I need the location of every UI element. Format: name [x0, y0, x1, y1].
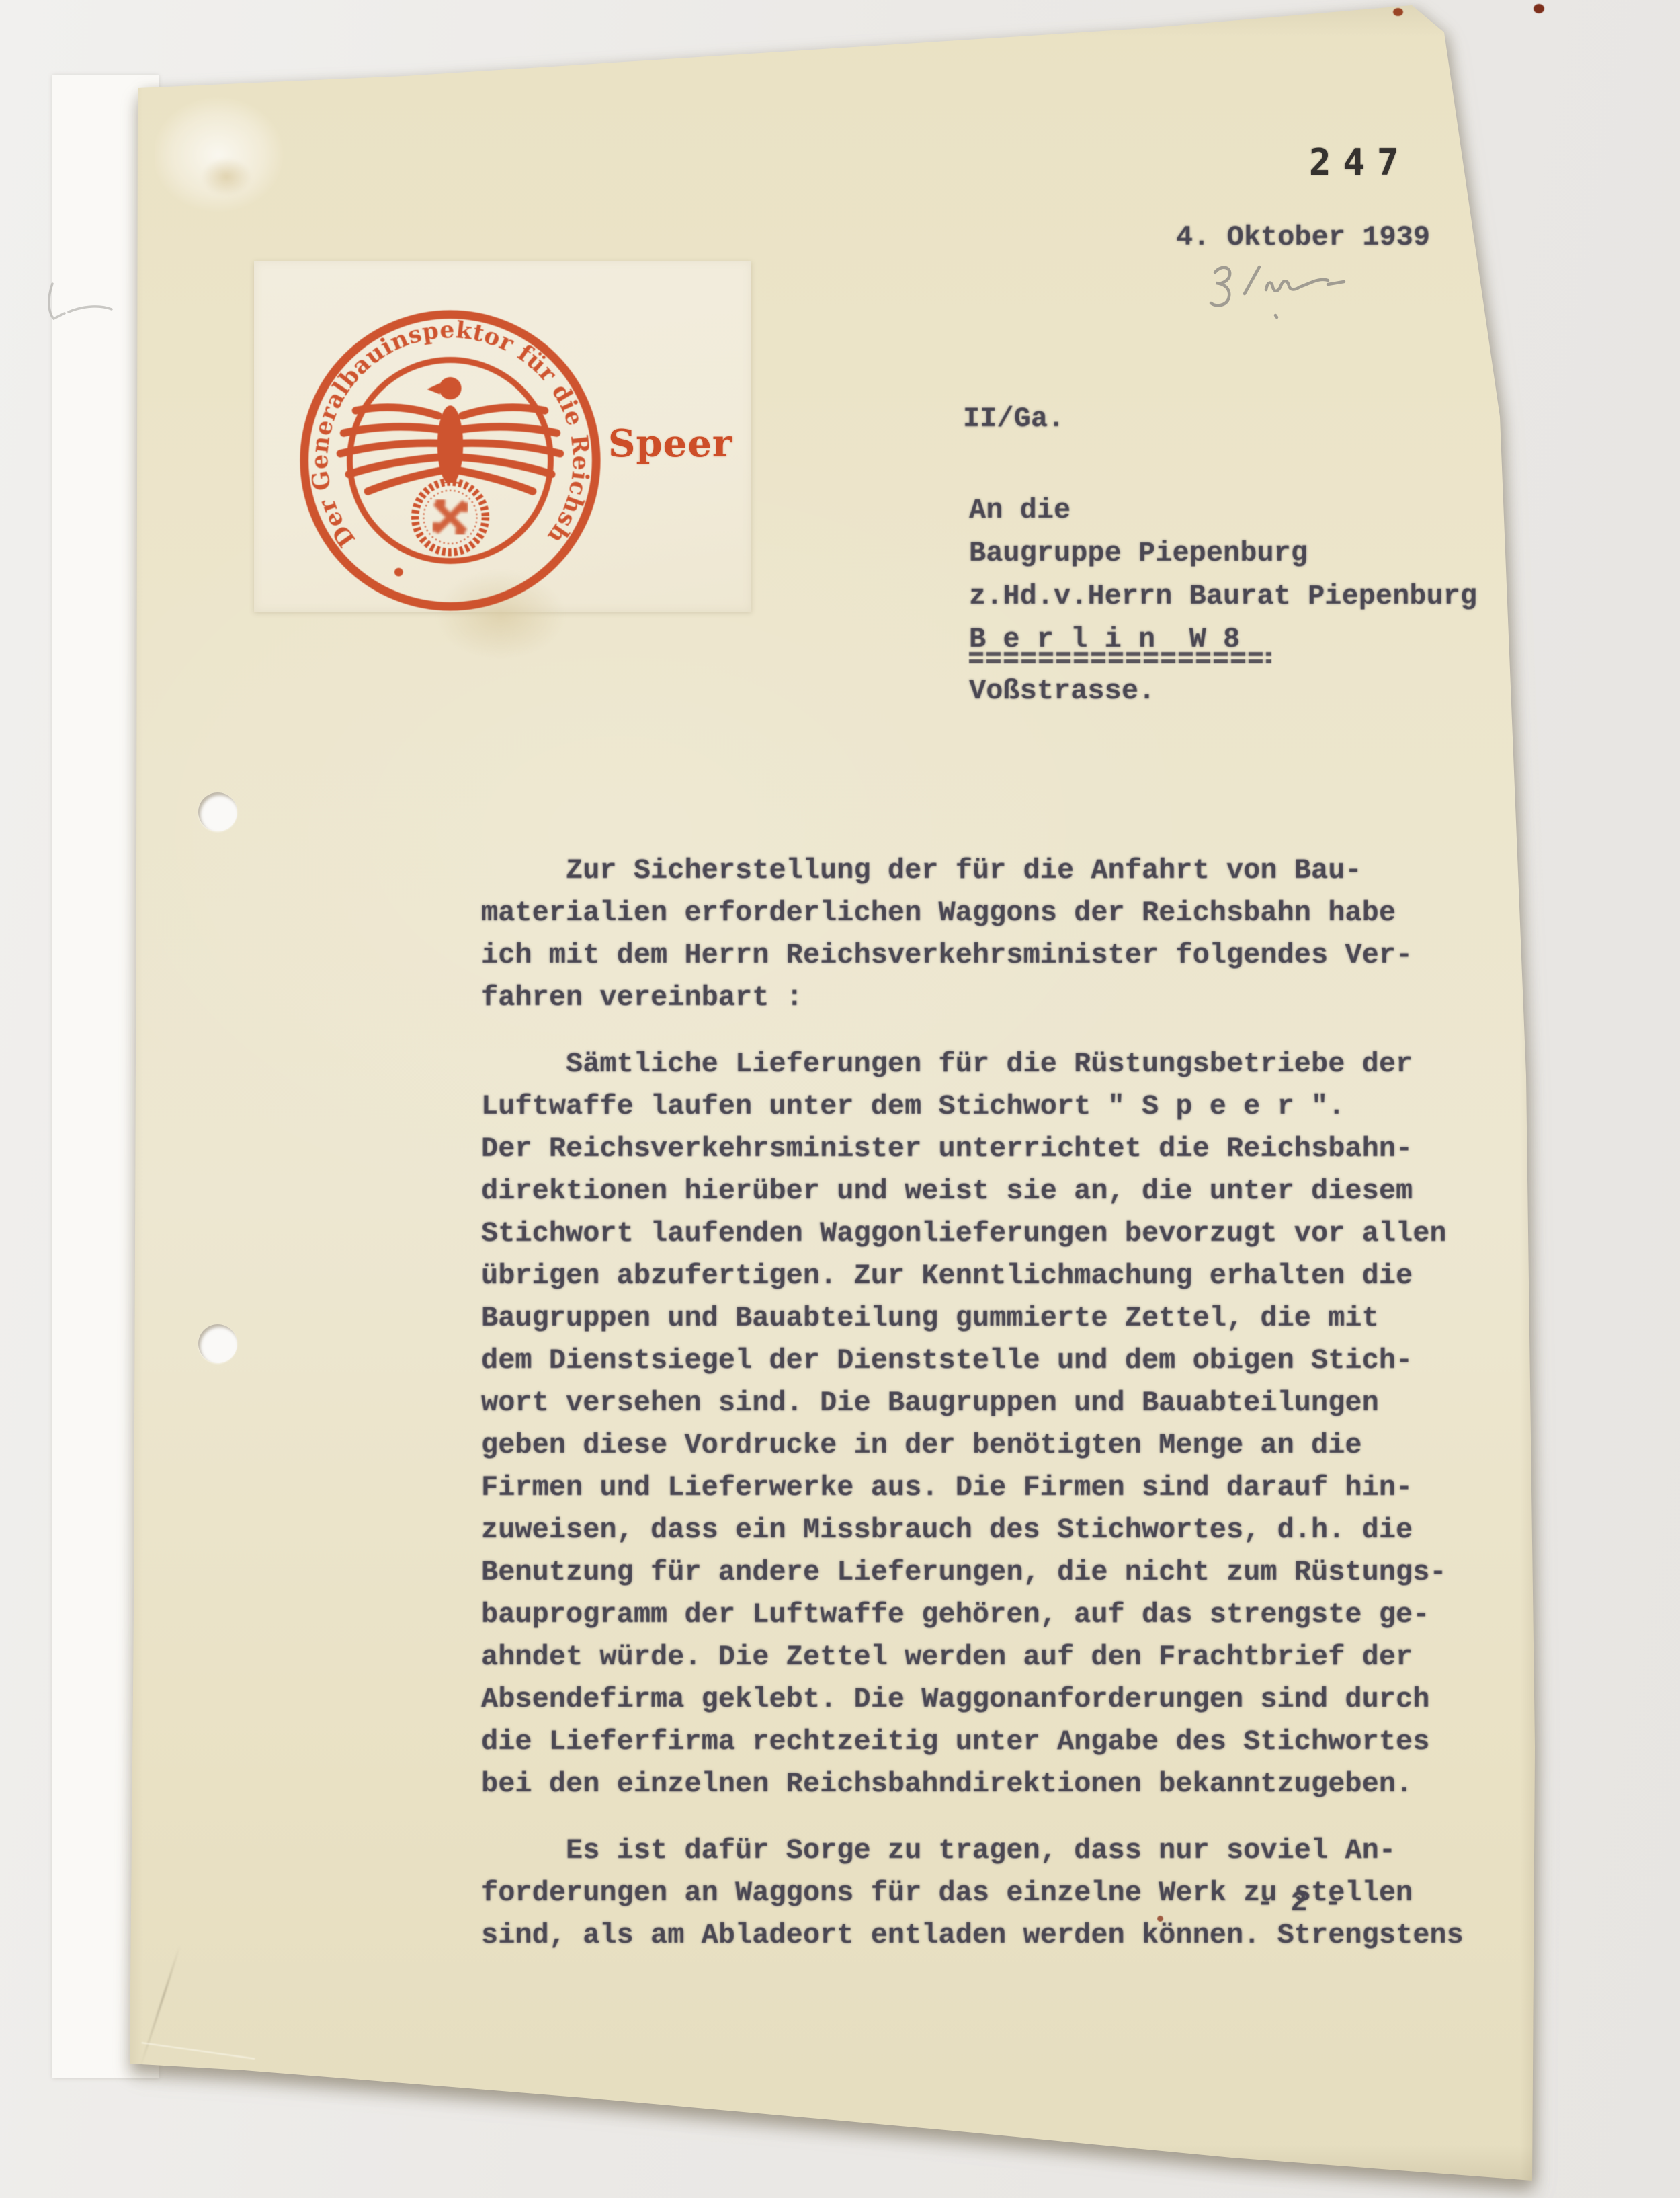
- archive-page-number-stamp: 247: [1309, 144, 1411, 181]
- paper-crease: [142, 2042, 255, 2060]
- paper-crease: [138, 1945, 181, 2070]
- letter-body: Zur Sicherstellung der für die Anfahrt v…: [481, 825, 1464, 1981]
- underline-bar: [969, 659, 1271, 663]
- stain-speck: [1506, 15, 1519, 24]
- address-line: Baugruppe Piepenburg: [969, 532, 1308, 575]
- address-underline: [969, 651, 1271, 668]
- next-page-indicator: - 2 -: [1257, 1882, 1341, 1924]
- paper-damage-stain: [202, 158, 251, 196]
- address-line: An die: [969, 489, 1070, 532]
- letterhead-name: Speer: [608, 423, 732, 464]
- stain-speck: [1534, 4, 1544, 13]
- stain-speck: [1393, 8, 1403, 16]
- file-reference: II/Ga.: [963, 398, 1064, 440]
- seal-separator-dot: [394, 568, 403, 577]
- address-line: z.Hd.v.Herrn Baurat Piepenburg: [969, 575, 1477, 618]
- letter-page: 247 4. Oktober 1939 De: [123, 0, 1544, 2189]
- underline-bar: [969, 652, 1271, 656]
- body-paragraph: Zur Sicherstellung der für die Anfahrt v…: [481, 850, 1464, 1019]
- body-paragraph: Sämtliche Lieferungen für die Rüstungsbe…: [481, 1043, 1464, 1805]
- paper-shadow-wrap: 247 4. Oktober 1939 De: [0, 0, 1680, 2198]
- official-seal: Der Generalbauinspektor für die Reichsha…: [296, 306, 605, 615]
- address-line: Voßstrasse.: [969, 670, 1155, 713]
- date-line: 4. Oktober 1939: [1176, 216, 1430, 259]
- handwritten-annotation: [1196, 259, 1351, 333]
- document-scan: 247 4. Oktober 1939 De: [0, 0, 1680, 2198]
- punch-hole: [198, 1324, 237, 1363]
- punch-hole: [198, 792, 237, 831]
